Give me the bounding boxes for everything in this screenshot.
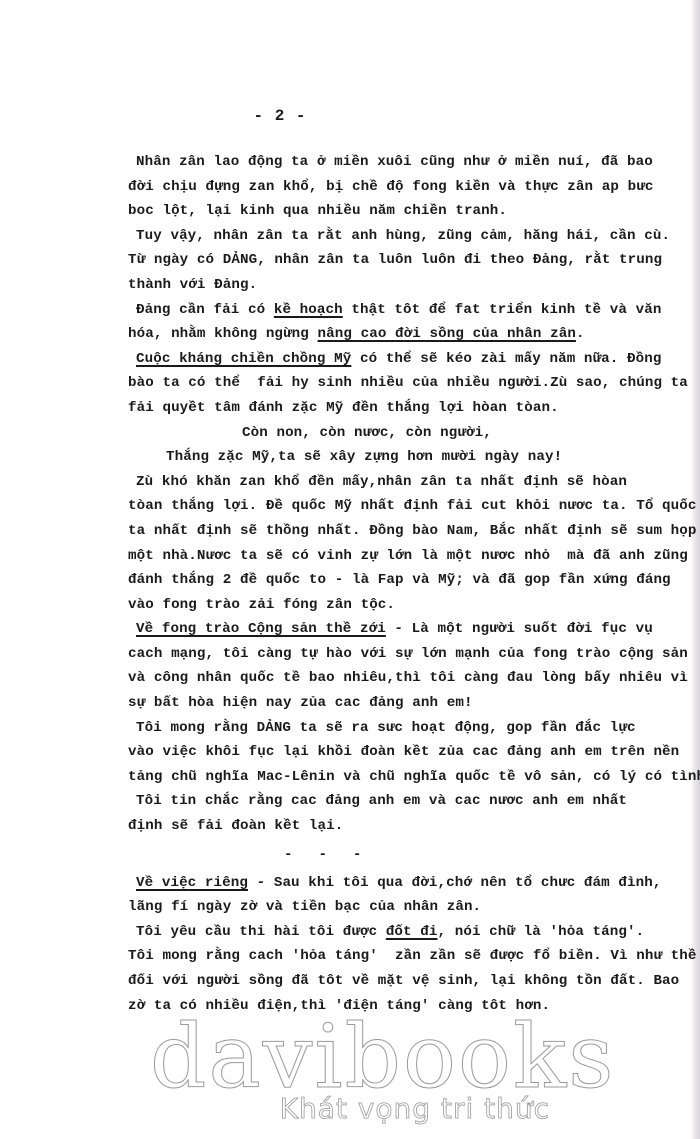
underlined-phrase: kề hoạch — [274, 302, 343, 318]
text-line: tòan thắng lợi. Đề quốc Mỹ nhất định fải… — [128, 494, 692, 519]
text-line: Cuộc kháng chiền chồng Mỹ có thể sẽ kéo … — [136, 347, 692, 372]
text-line: đời chịu đựng zan khổ, bị chề độ fong ki… — [128, 175, 692, 200]
text-line: định sẽ fải đoàn kềt lại. — [128, 814, 692, 839]
text-line: vào fong trào zải fóng zân tộc. — [128, 593, 692, 618]
text-line: lãng fí ngày zờ và tiền bạc của nhân zân… — [128, 895, 692, 920]
underlined-phrase: đốt đi — [386, 924, 438, 940]
text-line: thành với Đảng. — [128, 273, 692, 298]
text-span: , nói chữ là 'hỏa táng'. — [438, 924, 645, 940]
text-span: hóa, nhằm không ngừng — [128, 326, 318, 342]
text-span: - Sau khi tôi qua đời,chớ nên tổ chưc đá… — [248, 875, 661, 891]
text-line: Về việc riêng - Sau khi tôi qua đời,chớ … — [136, 871, 692, 896]
text-line: Tôi mong rằng DẢNG ta sẽ ra sưc hoạt độn… — [136, 716, 692, 741]
page-edge-shadow — [692, 0, 700, 1139]
text-line: tảng chũ nghĩa Mac-Lênin và chũ nghĩa qu… — [128, 765, 692, 790]
watermark-tagline: Khát vọng tri thức — [250, 1092, 550, 1125]
text-span: Đảng cần fải có — [136, 302, 274, 318]
text-line: bào ta có thể fải hy sinh nhiều của nhiề… — [128, 371, 692, 396]
text-span: có thể sẽ kéo zài mấy năm nữa. Đồng — [351, 351, 661, 367]
text-line: cach mạng, tôi càng tự hào với sự lớn mạ… — [128, 642, 692, 667]
section-separator: - - - — [136, 839, 692, 871]
text-line: sự bất hòa hiện nay zủa cac đảng anh em! — [128, 691, 692, 716]
text-line: fải quyềt tâm đánh zặc Mỹ đền thắng lợi … — [128, 396, 692, 421]
text-line: và công nhân quốc tề bao nhiêu,thì tôi c… — [128, 666, 692, 691]
text-line: Tuy vậy, nhân zân ta rằt anh hùng, zũng … — [136, 224, 692, 249]
section-heading-underlined: Về fong trào Cộng sản thề zới — [136, 621, 386, 637]
text-line: boc lột, lại kinh qua nhiều năm chiền tr… — [128, 199, 692, 224]
text-line: một nhà.Nươc ta sẽ có vinh zự lớn là một… — [128, 544, 692, 569]
text-line: Zù khó khăn zan khổ đền mấy,nhân zân ta … — [136, 470, 692, 495]
underlined-phrase: Cuộc kháng chiền chồng Mỹ — [136, 351, 351, 367]
verse-line: Còn non, còn nươc, còn người, — [136, 421, 692, 446]
text-line: hóa, nhằm không ngừng nâng cao đời sồng … — [128, 322, 692, 347]
text-span: Tôi yêu cầu thi hài tôi được — [136, 924, 386, 940]
text-line: Tôi yêu cầu thi hài tôi được đốt đi, nói… — [136, 920, 692, 945]
document-body: Nhân zân lao động ta ở miền xuôi cũng nh… — [136, 150, 692, 1018]
underlined-phrase: nâng cao đời sồng của nhân zân — [318, 326, 576, 342]
text-line: Đảng cần fải có kề hoạch thật tôt để fat… — [136, 298, 692, 323]
text-line: Về fong trào Cộng sản thề zới - Là một n… — [136, 617, 692, 642]
page-number: - 2 - — [0, 107, 560, 125]
text-line: ta nhất định sẽ thồng nhất. Đồng bào Nam… — [128, 519, 692, 544]
text-line: Tôi mong rằng cach 'hỏa táng' zần zần sẽ… — [128, 944, 692, 969]
text-line: Từ ngày có DẢNG, nhân zân ta luôn luôn đ… — [128, 248, 692, 273]
text-span: - Là một người suốt đời fục vụ — [386, 621, 653, 637]
text-line: đối với người sồng đã tôt về mặt vệ sinh… — [128, 969, 692, 994]
text-line: Tôi tin chắc rằng cac đảng anh em và cac… — [136, 789, 692, 814]
watermark-logo: davibooks — [150, 1012, 550, 1102]
section-heading-underlined: Về việc riêng — [136, 875, 248, 891]
text-span: thật tôt để fat triển kinh tề và văn — [343, 302, 662, 318]
verse-line: Thắng zặc Mỹ,ta sẽ xây zựng hơn mười ngà… — [136, 445, 692, 470]
text-line: Nhân zân lao động ta ở miền xuôi cũng nh… — [136, 150, 692, 175]
text-span: . — [576, 326, 585, 342]
text-line: đánh thắng 2 đề quốc to - là Fap và Mỹ; … — [128, 568, 692, 593]
text-line: vào việc khôi fục lại khồi đoàn kềt zủa … — [128, 740, 692, 765]
